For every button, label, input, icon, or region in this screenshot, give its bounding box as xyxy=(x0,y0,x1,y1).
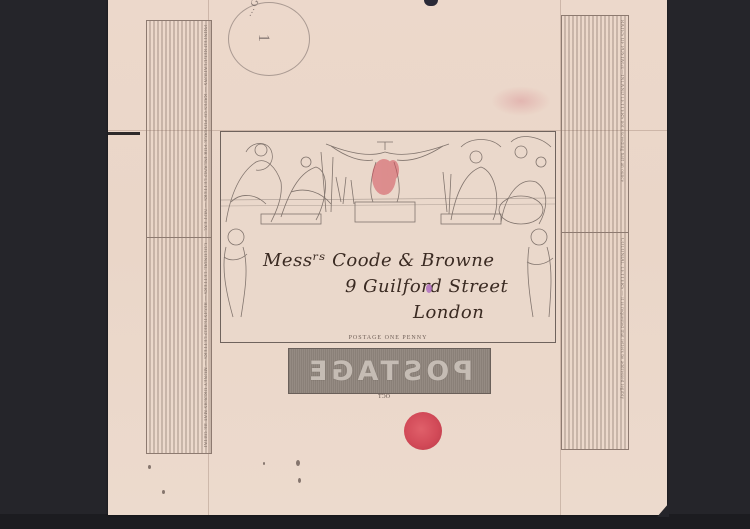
red-wax-seal xyxy=(404,412,442,450)
right-text-panel: RATES OF POSTAGE—INLAND LETTERS not exce… xyxy=(561,15,629,450)
speck xyxy=(263,462,265,465)
allegorical-scene xyxy=(221,132,555,227)
postage-text: POSTAGE xyxy=(305,356,473,387)
ink-blot xyxy=(424,0,438,6)
postmark-center: 1 xyxy=(254,34,272,42)
purple-ink-mark xyxy=(426,284,432,293)
edge-tear-mark xyxy=(108,132,140,135)
envelope: …GTON 1 PRINTED REGULATIONS — RATES OF P… xyxy=(108,0,667,515)
speck xyxy=(298,478,301,483)
handwritten-address: Messʳˢ Coode & Browne 9 Guilford Street … xyxy=(263,250,513,330)
speck xyxy=(162,490,165,494)
panel-divider xyxy=(562,232,628,233)
left-text-panel: PRINTED REGULATIONS — RATES OF POSTAGE F… xyxy=(146,20,212,454)
background-shadow-band xyxy=(0,514,750,529)
address-line-1: Messʳˢ Coode & Browne xyxy=(263,250,495,271)
address-line-3: London xyxy=(413,302,484,323)
postage-sub-text: OCT xyxy=(378,394,390,400)
right-panel-top-text: RATES OF POSTAGE—INLAND LETTERS not exce… xyxy=(566,20,624,226)
left-panel-bottom-text: COLONIAL LETTERS — REGISTERED LETTERS — … xyxy=(151,243,207,447)
right-panel-bottom-text: COLONIAL LETTERS — it is requested that … xyxy=(566,238,624,442)
red-stain xyxy=(491,86,551,116)
panel-divider xyxy=(147,237,211,238)
illustration-caption: POSTAGE ONE PENNY xyxy=(221,335,555,341)
postage-reverse-print: POSTAGE xyxy=(288,348,491,394)
postmark-text: …GTON xyxy=(243,0,274,18)
speck xyxy=(148,465,151,469)
left-panel-top-text: PRINTED REGULATIONS — RATES OF POSTAGE F… xyxy=(151,25,207,231)
speck xyxy=(296,460,300,466)
mulready-illustration: Messʳˢ Coode & Browne 9 Guilford Street … xyxy=(220,131,556,343)
postmark-stamp: …GTON 1 xyxy=(228,2,310,76)
